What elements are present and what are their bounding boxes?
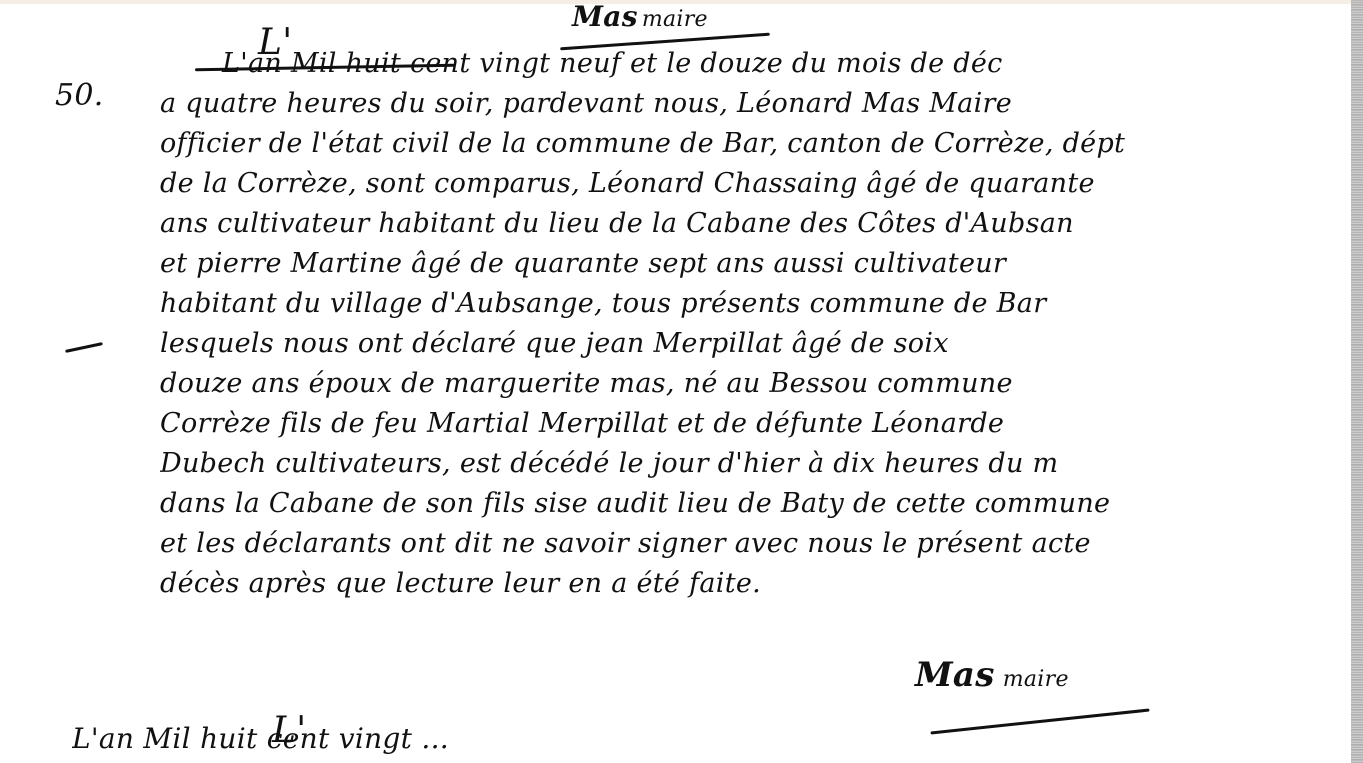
- record-line: Dubech cultivateurs, est décédé le jour …: [160, 444, 1355, 484]
- record-line: Corrèze fils de feu Martial Merpillat et…: [160, 404, 1355, 444]
- record-line: et pierre Martine âgé de quarante sept a…: [160, 244, 1355, 284]
- record-line: ans cultivateur habitant du lieu de la C…: [160, 204, 1355, 244]
- record-line: et les déclarants ont dit ne savoir sign…: [160, 524, 1355, 564]
- signature-name: Mas: [915, 655, 995, 695]
- record-line: a quatre heures du soir, pardevant nous,…: [160, 84, 1355, 124]
- record-line: dans la Cabane de son fils sise audit li…: [160, 484, 1355, 524]
- record-line: officier de l'état civil de la commune d…: [160, 124, 1355, 164]
- register-page: 50. Masmaire L' L'an Mil huit cent vingt…: [0, 0, 1351, 763]
- signature-title: maire: [642, 7, 708, 32]
- margin-dash-mark: [65, 342, 103, 353]
- entry-number: 50.: [55, 78, 104, 113]
- record-line: de la Corrèze, sont comparus, Léonard Ch…: [160, 164, 1355, 204]
- footer-signature: Masmaire: [915, 655, 1069, 695]
- next-entry-partial-line: L'an Mil huit cent vingt ...: [72, 722, 1352, 763]
- signature-name: Mas: [572, 0, 638, 33]
- signature-title: maire: [1003, 667, 1069, 692]
- record-line: L'an Mil huit cent vingt neuf et le douz…: [160, 44, 1355, 84]
- record-body: L'an Mil huit cent vingt neuf et le douz…: [160, 44, 1355, 604]
- record-line: habitant du village d'Aubsange, tous pré…: [160, 284, 1355, 324]
- header-signature: Masmaire: [572, 0, 708, 33]
- record-line: décès après que lecture leur en a été fa…: [160, 564, 1355, 604]
- record-line: douze ans époux de marguerite mas, né au…: [160, 364, 1355, 404]
- record-line: lesquels nous ont déclaré que jean Merpi…: [160, 324, 1355, 364]
